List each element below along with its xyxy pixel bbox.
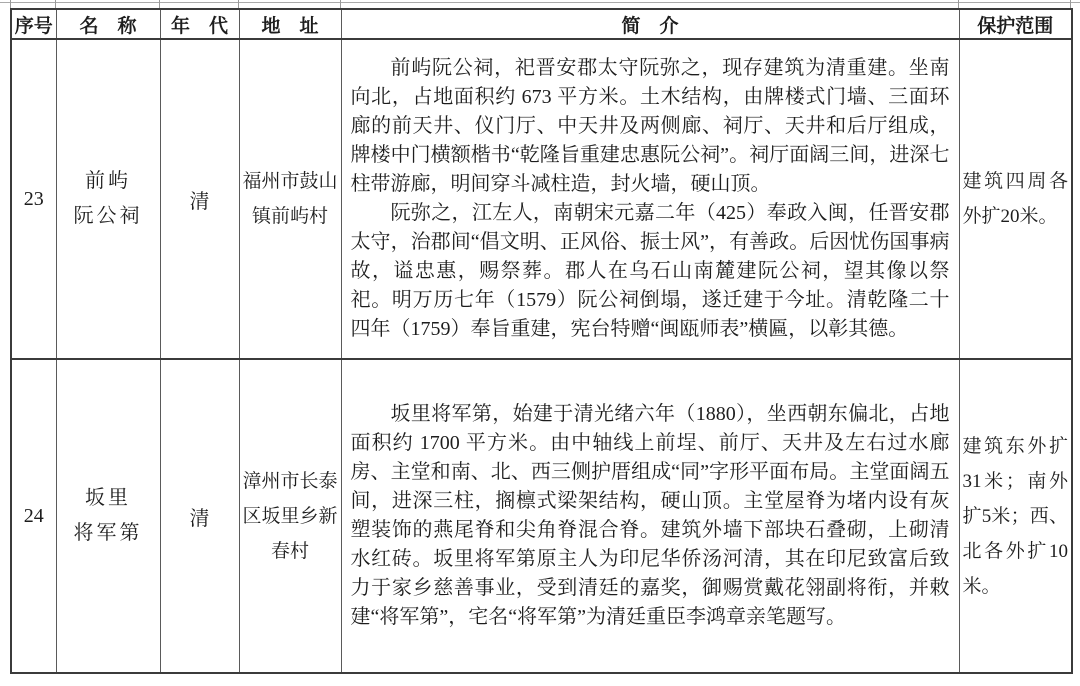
header-description: 简 介 [341,9,959,39]
page-crop-hairline [0,2,1080,3]
serial-number-cell: 24 [11,359,56,673]
description-paragraph: 阮弥之，江左人，南朝宋元嘉二年（425）奉政入闽，任晋安郡太守，治郡间“倡文明、… [351,199,950,344]
header-serial-number: 序号 [11,9,56,39]
name-line: 坂里 [57,481,160,516]
table-row: 24 坂里 将军第 清 漳州市长泰区坂里乡新春村 坂里将军第，始建于清光绪六年（… [11,359,1072,673]
name-cell: 坂里 将军第 [56,359,160,673]
grid-stub [55,0,56,8]
header-protection-scope: 保护范围 [959,9,1072,39]
heritage-sites-table: 序号 名 称 年 代 地 址 简 介 保护范围 23 前屿 阮公祠 清 福州市鼓… [10,8,1073,674]
grid-stub [238,0,239,8]
description-paragraph: 前屿阮公祠，祀晋安郡太守阮弥之，现存建筑为清重建。坐南向北，占地面积约 673 … [351,54,950,199]
name-line: 将军第 [57,516,160,551]
address-cell: 漳州市长泰区坂里乡新春村 [239,359,341,673]
header-row: 序号 名 称 年 代 地 址 简 介 保护范围 [11,9,1072,39]
era-cell: 清 [160,359,239,673]
name-line: 阮公祠 [57,199,160,234]
header-address: 地 址 [239,9,341,39]
header-era: 年 代 [160,9,239,39]
grid-stub [958,0,959,8]
protection-scope-cell: 建筑四周各外扩20米。 [959,39,1072,359]
description-paragraph: 坂里将军第，始建于清光绪六年（1880），坐西朝东偏北，占地面积约 1700 平… [351,400,950,632]
serial-number-cell: 23 [11,39,56,359]
description-cell: 坂里将军第，始建于清光绪六年（1880），坐西朝东偏北，占地面积约 1700 平… [341,359,959,673]
table-row: 23 前屿 阮公祠 清 福州市鼓山镇前屿村 前屿阮公祠，祀晋安郡太守阮弥之，现存… [11,39,1072,359]
grid-stub [340,0,341,8]
address-cell: 福州市鼓山镇前屿村 [239,39,341,359]
header-name: 名 称 [56,9,160,39]
name-cell: 前屿 阮公祠 [56,39,160,359]
era-cell: 清 [160,39,239,359]
grid-stub [1070,0,1071,8]
name-line: 前屿 [57,164,160,199]
protection-scope-cell: 建筑东外扩31米；南外扩5米；西、北各外扩10米。 [959,359,1072,673]
description-cell: 前屿阮公祠，祀晋安郡太守阮弥之，现存建筑为清重建。坐南向北，占地面积约 673 … [341,39,959,359]
grid-stub [10,0,11,8]
grid-stub [159,0,160,8]
